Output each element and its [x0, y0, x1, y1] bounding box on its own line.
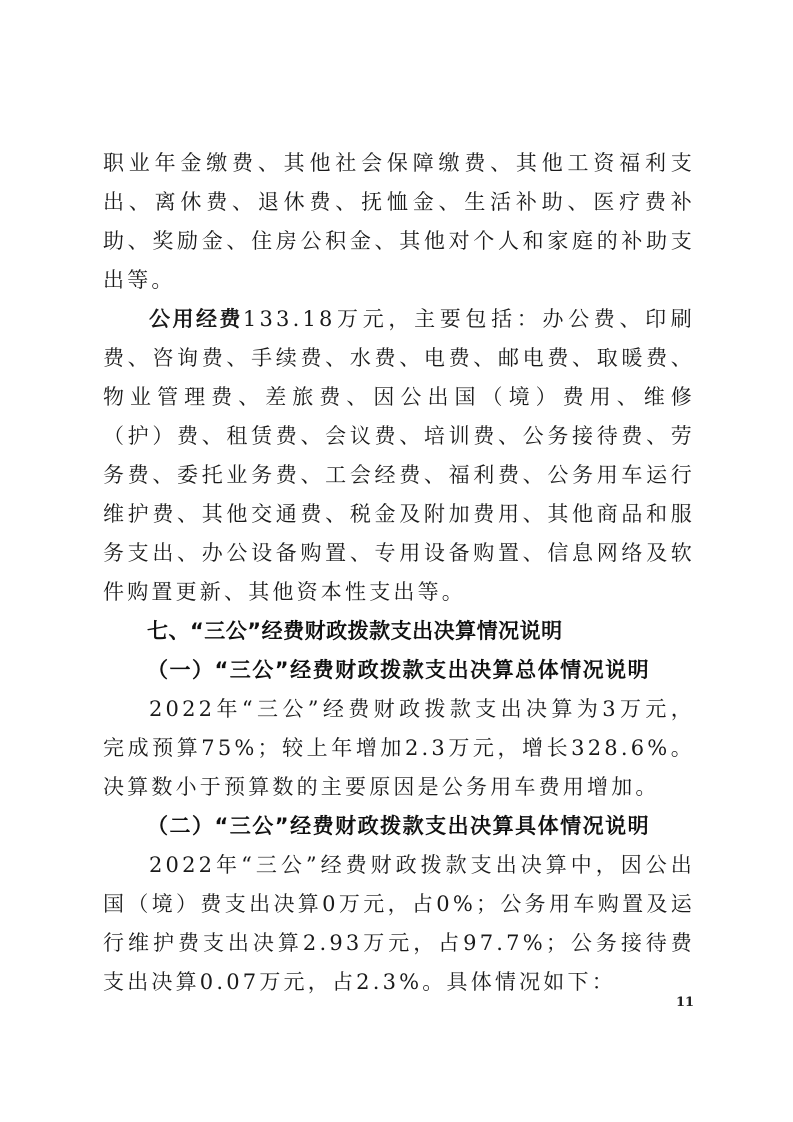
paragraph-public-expenses: 公用经费133.18万元，主要包括：办公费、印刷费、咨询费、手续费、水费、电费、…: [103, 300, 695, 612]
subsection-heading-specific: （二）“三公”经费财政拨款支出决算具体情况说明: [103, 807, 695, 846]
paragraph-specific: 2022年“三公”经费财政拨款支出决算中，因公出国（境）费支出决算0万元，占0%…: [103, 846, 695, 1002]
document-page: 职业年金缴费、其他社会保障缴费、其他工资福利支出、离休费、退休费、抚恤金、生活补…: [0, 0, 793, 1122]
paragraph-personnel-expenses: 职业年金缴费、其他社会保障缴费、其他工资福利支出、离休费、退休费、抚恤金、生活补…: [103, 144, 695, 300]
public-expenses-label: 公用经费: [149, 307, 243, 331]
section-heading-seven: 七、“三公”经费财政拨款支出决算情况说明: [103, 612, 695, 651]
page-content: 职业年金缴费、其他社会保障缴费、其他工资福利支出、离休费、退休费、抚恤金、生活补…: [103, 144, 695, 1002]
page-number: 11: [676, 995, 694, 1010]
subsection-heading-overall: （一）“三公”经费财政拨款支出决算总体情况说明: [103, 651, 695, 690]
public-expenses-body: 133.18万元，主要包括：办公费、印刷费、咨询费、手续费、水费、电费、邮电费、…: [103, 307, 695, 604]
paragraph-overall: 2022年“三公”经费财政拨款支出决算为3万元，完成预算75%；较上年增加2.3…: [103, 690, 695, 807]
